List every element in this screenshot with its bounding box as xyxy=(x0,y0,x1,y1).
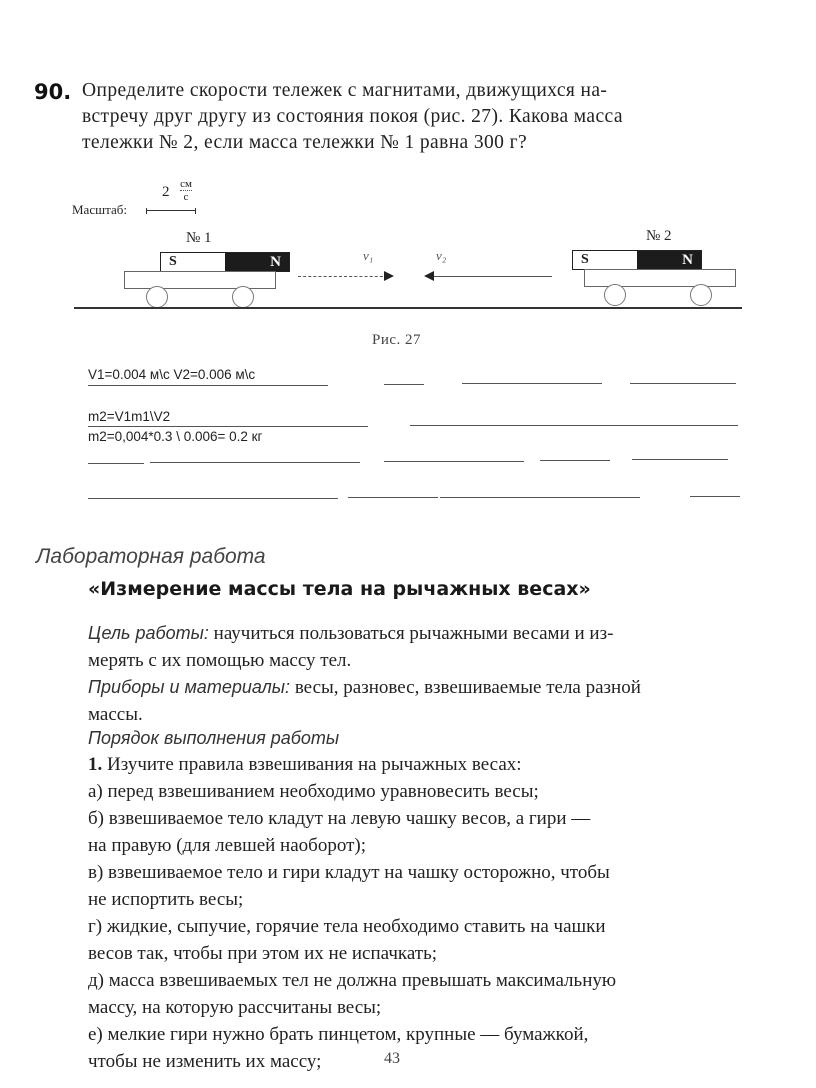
step-number: 1. xyxy=(88,754,102,775)
ruled-line xyxy=(150,462,360,463)
rule-item: в) взвешиваемое тело и гири кладут на ча… xyxy=(88,859,748,886)
task-text: Определите скорости тележек с магнитами,… xyxy=(82,78,742,156)
materials-text: массы. xyxy=(88,701,748,728)
ruled-line xyxy=(88,426,368,427)
cart2-platform xyxy=(584,269,736,287)
scale-unit-top: см xyxy=(180,178,192,190)
scale-bar xyxy=(146,210,196,211)
ruled-line xyxy=(88,498,338,499)
scale-label: Масштаб: xyxy=(72,202,127,218)
vector1-line xyxy=(298,276,388,277)
ruled-line xyxy=(384,461,524,462)
vector1-arrowhead-icon xyxy=(384,271,394,281)
magnet-north-pole: N xyxy=(225,253,289,271)
magnet-south-pole: S xyxy=(161,253,225,271)
rule-item: чтобы не изменить их массу; xyxy=(88,1048,748,1075)
task-line: встречу друг другу из состояния покоя (р… xyxy=(82,104,742,130)
goal-text: научиться пользоваться рычажными весами … xyxy=(209,623,614,644)
rule-item: г) жидкие, сыпучие, горячие тела необход… xyxy=(88,913,748,940)
procedure-label: Порядок выполнения работы xyxy=(88,728,339,748)
ruled-line xyxy=(632,459,728,460)
ruled-line xyxy=(348,497,438,498)
rule-item: д) масса взвешиваемых тел не должна прев… xyxy=(88,967,748,994)
ground-line xyxy=(74,307,742,309)
task-line: Определите скорости тележек с магнитами,… xyxy=(82,78,742,104)
lab-title: «Измерение массы тела на рычажных весах» xyxy=(88,578,591,600)
cart1-wheel-left xyxy=(146,286,168,308)
ruled-line xyxy=(88,463,144,464)
goal-label: Цель работы: xyxy=(88,623,209,643)
answer-line: m2=0,004*0.3 \ 0.006= 0.2 кг xyxy=(88,429,262,444)
task-number: 90. xyxy=(34,80,71,104)
lab-goal: Цель работы: научиться пользоваться рыча… xyxy=(88,620,748,674)
ruled-line xyxy=(384,384,424,385)
page-number: 43 xyxy=(384,1050,400,1068)
rule-item: е) мелкие гири нужно брать пинцетом, кру… xyxy=(88,1021,748,1048)
scale-unit: см с xyxy=(180,178,192,203)
lab-kicker: Лабораторная работа xyxy=(36,545,266,569)
ruled-line xyxy=(690,496,740,497)
rule-item: а) перед взвешиванием необходимо уравнов… xyxy=(88,778,748,805)
vector2-label: v₂ xyxy=(436,248,446,264)
materials-text: весы, разновес, взвешиваемые тела разной xyxy=(290,677,641,698)
rule-item: массу, на которую рассчитаны весы; xyxy=(88,994,748,1021)
cart1-label: № 1 xyxy=(186,230,212,247)
answer-line: V1=0.004 м\с V2=0.006 м\с xyxy=(88,367,255,382)
cart1-platform xyxy=(124,271,276,289)
answer-line: m2=V1m1\V2 xyxy=(88,409,170,424)
task-line: тележки № 2, если масса тележки № 1 равн… xyxy=(82,130,742,156)
lab-materials: Приборы и материалы: весы, разновес, взв… xyxy=(88,674,748,728)
materials-label: Приборы и материалы: xyxy=(88,677,290,697)
ruled-line xyxy=(540,460,610,461)
magnet-south-pole: S xyxy=(573,251,637,269)
cart2-wheel-right xyxy=(690,284,712,306)
lab-procedure: Порядок выполнения работы 1. Изучите пра… xyxy=(88,726,748,1075)
step-text: Изучите правила взвешивания на рычажных … xyxy=(102,754,521,775)
goal-text: мерять с их помощью массу тел. xyxy=(88,647,748,674)
vector1-label: v₁ xyxy=(363,248,373,264)
ruled-line xyxy=(440,497,640,498)
ruled-line xyxy=(462,383,602,384)
cart1-magnet: S N xyxy=(160,252,290,272)
cart2-magnet: S N xyxy=(572,250,702,270)
rule-item: не испортить весы; xyxy=(88,886,748,913)
scale-value: 2 xyxy=(162,184,170,201)
magnet-north-pole: N xyxy=(637,251,701,269)
vector2-line xyxy=(434,276,552,277)
rule-item: весов так, чтобы при этом их не испачкат… xyxy=(88,940,748,967)
ruled-line xyxy=(630,383,736,384)
ruled-line xyxy=(88,385,328,386)
cart2-label: № 2 xyxy=(646,228,672,245)
figure-caption: Рис. 27 xyxy=(372,332,421,349)
rule-item: на правую (для левшей наоборот); xyxy=(88,832,748,859)
cart2-wheel-left xyxy=(604,284,626,306)
cart1-wheel-right xyxy=(232,286,254,308)
ruled-line xyxy=(410,425,738,426)
vector2-arrowhead-icon xyxy=(424,271,434,281)
rule-item: б) взвешиваемое тело кладут на левую чаш… xyxy=(88,805,748,832)
scale-unit-bottom: с xyxy=(180,191,192,203)
